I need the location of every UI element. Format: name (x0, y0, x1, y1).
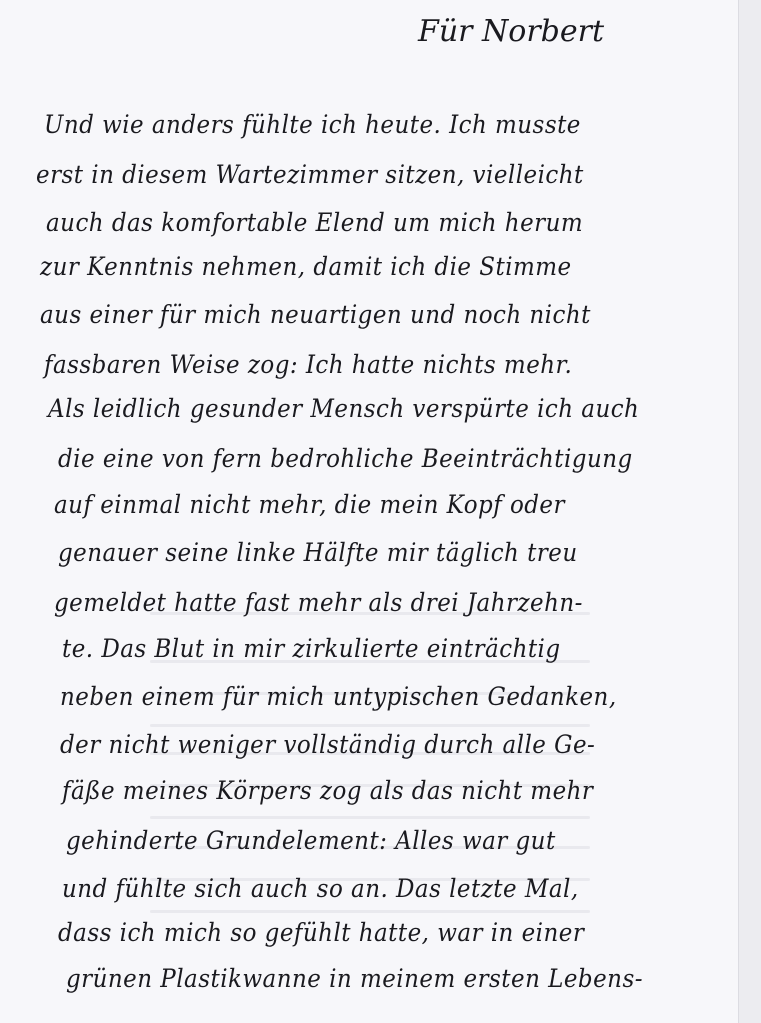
dedication: Für Norbert (418, 14, 604, 49)
scanner-page-edge (738, 0, 761, 1023)
text-line: der nicht weniger vollständig durch alle… (60, 730, 595, 759)
text-line: aus einer für mich neuartigen und noch n… (40, 300, 591, 329)
text-line: genauer seine linke Hälfte mir täglich t… (58, 538, 578, 567)
text-line: zur Kenntnis nehmen, damit ich die Stimm… (40, 252, 572, 281)
letter-page: Für Norbert Und wie anders fühlte ich he… (0, 0, 738, 1023)
bleed-through-line (150, 910, 590, 913)
bleed-through-line (150, 816, 590, 819)
text-line: auch das komfortable Elend um mich herum (46, 208, 583, 237)
text-line: und fühlte sich auch so an. Das letzte M… (62, 874, 579, 903)
text-line: gehinderte Grundelement: Alles war gut (66, 826, 556, 855)
text-line: Und wie anders fühlte ich heute. Ich mus… (44, 110, 581, 139)
text-line: auf einmal nicht mehr, die mein Kopf ode… (54, 490, 565, 519)
text-line: neben einem für mich untypischen Gedanke… (60, 682, 617, 711)
text-line: erst in diesem Wartezimmer sitzen, viell… (36, 160, 584, 189)
text-line: fäße meines Körpers zog als das nicht me… (62, 776, 593, 805)
text-line: grünen Plastikwanne in meinem ersten Leb… (66, 964, 643, 993)
text-line: te. Das Blut in mir zirkulierte einträch… (62, 634, 561, 663)
text-line: fassbaren Weise zog: Ich hatte nichts me… (44, 350, 572, 379)
text-line: dass ich mich so gefühlt hatte, war in e… (58, 918, 584, 947)
bleed-through-line (150, 724, 590, 727)
text-line: Als leidlich gesunder Mensch verspürte i… (48, 394, 639, 423)
text-line: die eine von fern bedrohliche Beeinträch… (58, 444, 633, 473)
text-line: gemeldet hatte fast mehr als drei Jahrze… (54, 588, 583, 617)
